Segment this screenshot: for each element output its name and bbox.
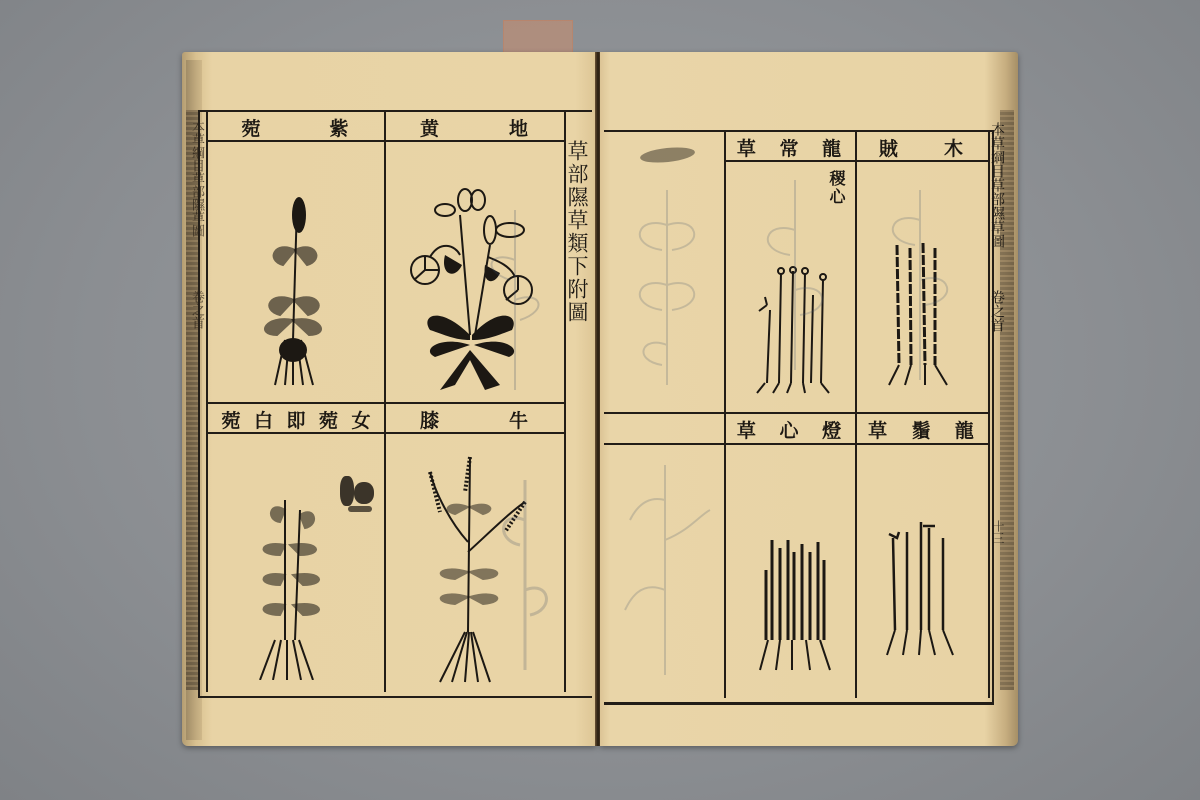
panel-title-longchangcao: 草 常 龍 [726,134,854,160]
left-center-divider [384,112,386,692]
title-char: 木 [944,134,965,161]
rush-illustration [758,530,838,675]
title-char: 即 [286,406,305,433]
right-divider-1 [724,132,726,698]
right-divider-2 [855,132,857,698]
title-char: 常 [779,134,800,161]
title-char: 白 [254,406,273,433]
page-number: 十三 [992,520,1004,544]
panel-title-ziwan: 菀 紫 [208,114,384,140]
title-char: 草 [737,134,758,161]
panel-title-dihuang: 黄 地 [386,114,564,140]
left-frame-inner-edge [206,112,208,692]
panel-title-niuxi: 膝 牛 [386,406,564,432]
right-mid-rule-1 [604,412,990,414]
title-char: 心 [779,416,800,443]
right-margin-juan: 卷之首 [990,290,1004,332]
title-char: 草 [868,416,889,443]
title-char: 龍 [822,134,843,161]
faded-bamboo-illustration [615,460,720,680]
panel-title-nuwan: 菀 白 即 菀 女 [208,406,384,432]
title-char: 燈 [822,416,843,443]
panel-title-muzei: 賊 木 [857,134,987,160]
right-margin-title: 本草綱目草部隰草圖 [990,122,1004,248]
bleed-through-ghost [740,170,850,390]
dragon-beard-grass-illustration [885,520,965,660]
title-char: 紫 [329,114,350,141]
panel-title-dengxincao: 草 心 燈 [726,416,854,442]
white-aster-illustration [245,480,335,680]
title-char: 牛 [509,406,530,433]
title-char: 膝 [420,406,441,433]
faded-plant-illustration [612,175,722,395]
title-char: 女 [351,406,370,433]
title-char: 鬚 [911,416,932,443]
title-char: 菀 [319,406,338,433]
title-char: 菀 [221,406,240,433]
bleed-through-ghost [490,470,560,680]
section-heading: 草部隰草類下附圖 [566,140,587,324]
aster-plant-illustration [245,190,345,390]
title-char: 黄 [420,114,441,141]
bleed-through-ghost [470,200,560,400]
title-char: 地 [509,114,530,141]
ink-blot-annotation [338,470,376,518]
title-char: 賊 [879,134,900,161]
panel-title-longxucao: 草 鬚 龍 [857,416,987,442]
title-char: 龍 [955,416,976,443]
bleed-through-ghost [860,180,980,390]
right-mid-rule-2 [604,443,990,445]
title-char: 菀 [241,114,262,141]
title-char: 草 [737,416,758,443]
